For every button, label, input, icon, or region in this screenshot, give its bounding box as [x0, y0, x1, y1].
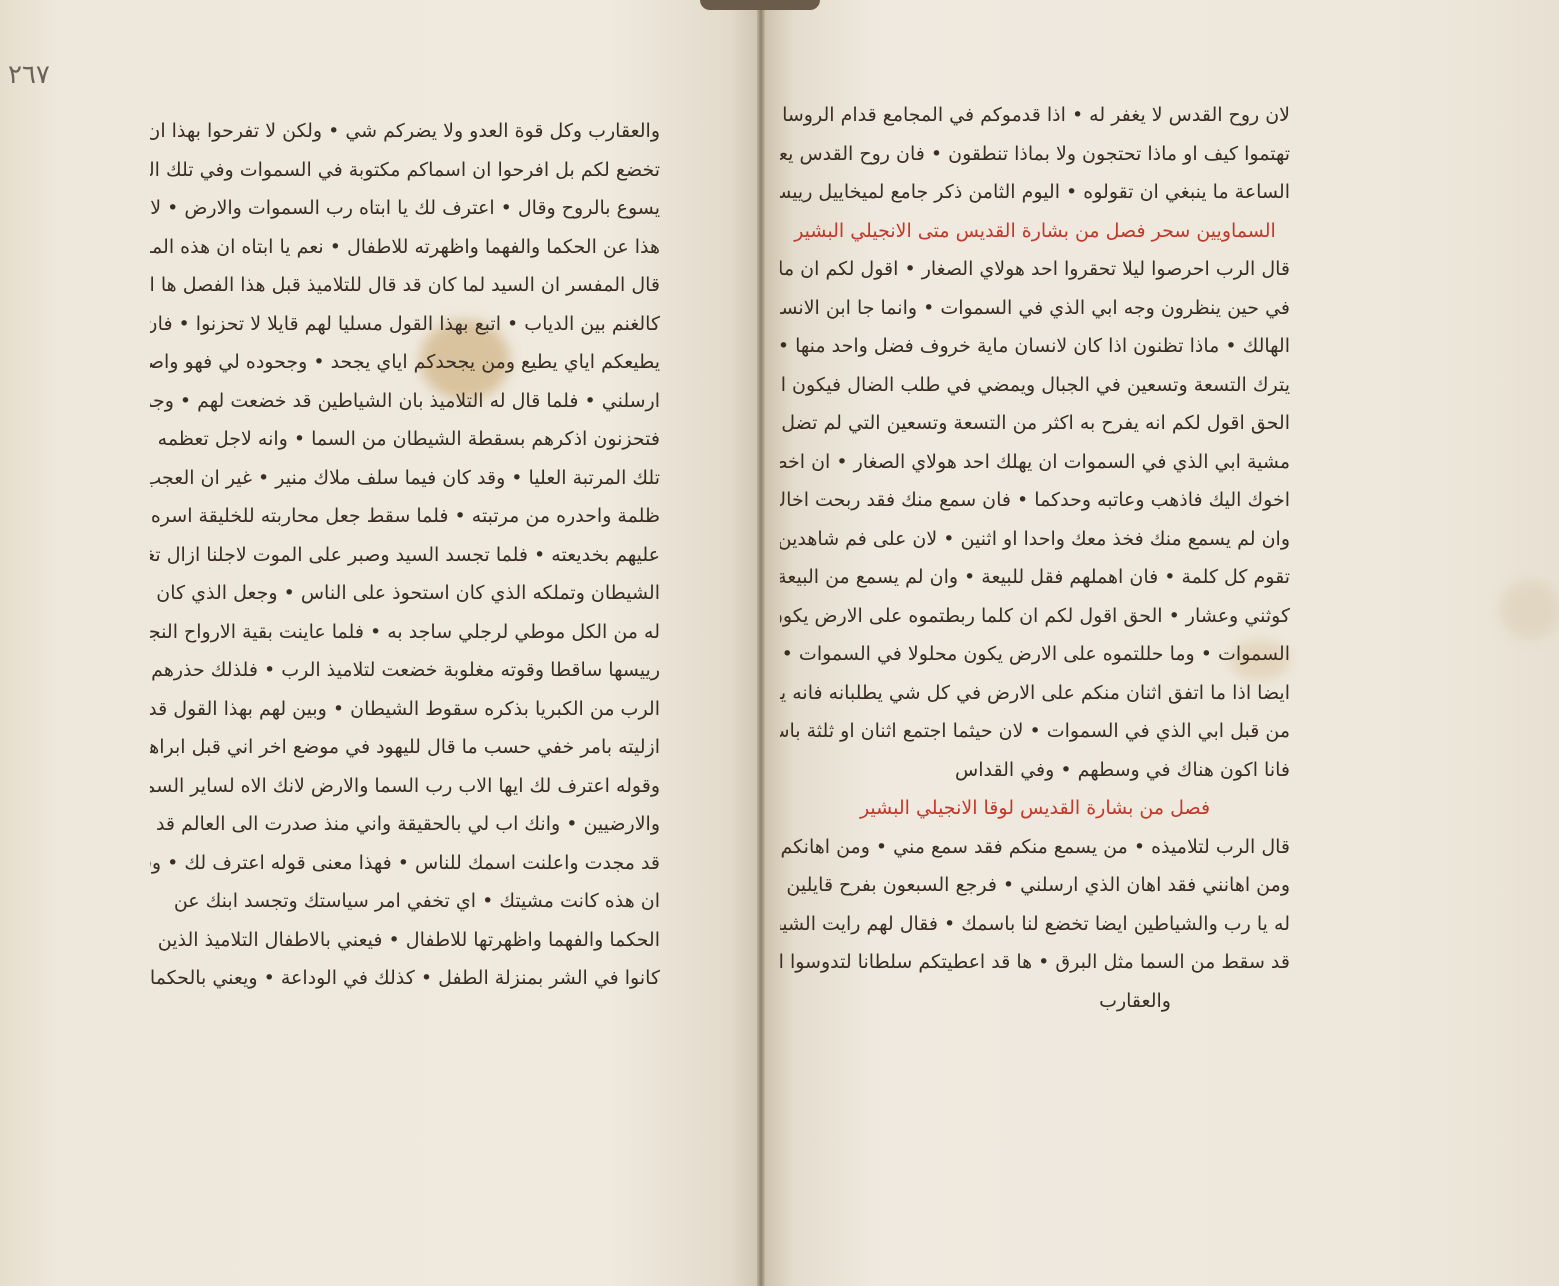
text-line: والارضيين • وانك اب لي بالحقيقة واني منذ…	[150, 805, 660, 844]
text-line: قد سقط من السما مثل البرق • ها قد اعطيتك…	[780, 943, 1290, 982]
catchword: والعقارب	[780, 982, 1290, 1021]
text-line: والعقارب وكل قوة العدو ولا يضركم شي • ول…	[150, 112, 660, 151]
text-line: الرب من الكبريا بذكره سقوط الشيطان • وبي…	[150, 690, 660, 729]
text-line: قال الرب لتلاميذه • من يسمع منكم فقد سمع…	[780, 828, 1290, 867]
text-line: هذا عن الحكما والفهما واظهرته للاطفال • …	[150, 228, 660, 267]
text-line: اخوك اليك فاذهب وعاتبه وحدكما • فان سمع …	[780, 481, 1290, 520]
paper-blemish	[1500, 580, 1559, 640]
text-line: تقوم كل كلمة • فان اهملهم فقل للبيعة • و…	[780, 558, 1290, 597]
text-line: يسوع بالروح وقال • اعترف لك يا ابتاه رب …	[150, 189, 660, 228]
folio-number: ٢٦٧	[8, 60, 50, 90]
text-line: كالغنم بين الدياب • اتبع بهذا القول مسلي…	[150, 305, 660, 344]
text-line: ازليته بامر خفي حسب ما قال لليهود في موض…	[150, 728, 660, 767]
text-line: من قبل ابي الذي في السموات • لان حيثما ا…	[780, 712, 1290, 751]
text-line: ايضا اذا ما اتفق اثنان منكم على الارض في…	[780, 674, 1290, 713]
text-line: الشيطان وتملكه الذي كان استحوذ على الناس…	[150, 574, 660, 613]
rubric-heading-luke: فصل من بشارة القديس لوقا الانجيلي البشير	[780, 789, 1290, 828]
binding-edge	[700, 0, 820, 10]
text-line: له من الكل موطي لرجلي ساجد به • فلما عاي…	[150, 613, 660, 652]
text-line: فتحزنون اذكرهم بسقطة الشيطان من السما • …	[150, 420, 660, 459]
text-line: قال الرب احرصوا ليلا تحقروا احد هولاي ال…	[780, 250, 1290, 289]
text-line: الحكما والفهما واظهرتها للاطفال • فيعني …	[150, 921, 660, 960]
text-line: له يا رب والشياطين ايضا تخضع لنا باسمك •…	[780, 905, 1290, 944]
book-gutter	[757, 0, 765, 1286]
text-line: ان هذه كانت مشيتك • اي تخفي امر سياستك و…	[150, 882, 660, 921]
left-text-column: والعقارب وكل قوة العدو ولا يضركم شي • ول…	[150, 112, 660, 998]
text-line: رييسها ساقطا وقوته مغلوبة خضعت لتلاميذ ا…	[150, 651, 660, 690]
text-line: الساعة ما ينبغي ان تقولوه • اليوم الثامن…	[780, 173, 1290, 212]
text-line: الهالك • ماذا تظنون اذا كان لانسان ماية …	[780, 327, 1290, 366]
text-line: كوثني وعشار • الحق اقول لكم ان كلما ربطت…	[780, 597, 1290, 636]
text-line: فانا اكون هناك في وسطهم • وفي القداس	[780, 751, 1290, 790]
text-line: قد مجدت واعلنت اسمك للناس • فهذا معنى قو…	[150, 844, 660, 883]
text-line: عليهم بخديعته • فلما تجسد السيد وصبر على…	[150, 536, 660, 575]
text-line: يطيعكم اياي يطيع ومن يجحدكم اياي يجحد • …	[150, 343, 660, 382]
text-line: ظلمة واحدره من مرتبته • فلما سقط جعل محا…	[150, 497, 660, 536]
text-line: مشية ابي الذي في السموات ان يهلك احد هول…	[780, 443, 1290, 482]
text-line: الحق اقول لكم انه يفرح به اكثر من التسعة…	[780, 404, 1290, 443]
text-line: وقوله اعترف لك ايها الاب رب السما والارض…	[150, 767, 660, 806]
text-line: ومن اهانني فقد اهان الذي ارسلني • فرجع ا…	[780, 866, 1290, 905]
rubric-heading-matthew: السماويين سحر فصل من بشارة القديس متى ال…	[780, 212, 1290, 251]
text-line: تهتموا كيف او ماذا تحتجون ولا بماذا تنطق…	[780, 135, 1290, 174]
text-line: كانوا في الشر بمنزلة الطفل • كذلك في الو…	[150, 959, 660, 998]
commentary-line: قال المفسر ان السيد لما كان قد قال للتلا…	[150, 266, 660, 305]
text-line: وان لم يسمع منك فخذ معك واحدا او اثنين •…	[780, 520, 1290, 559]
text-line: يترك التسعة وتسعين في الجبال ويمضي في طل…	[780, 366, 1290, 405]
text-line: تخضع لكم بل افرحوا ان اسماكم مكتوبة في ا…	[150, 151, 660, 190]
text-line: السموات • وما حللتموه على الارض يكون محل…	[780, 635, 1290, 674]
text-line: تلك المرتبة العليا • وقد كان فيما سلف مل…	[150, 459, 660, 498]
text-line: لان روح القدس لا يغفر له • اذا قدموكم في…	[780, 96, 1290, 135]
manuscript-spread: ٢٦٧ والعقارب وكل قوة العدو ولا يضركم شي …	[0, 0, 1559, 1286]
right-text-column: لان روح القدس لا يغفر له • اذا قدموكم في…	[780, 96, 1290, 1020]
text-line: ارسلني • فلما قال له التلاميذ بان الشياط…	[150, 382, 660, 421]
text-line: في حين ينظرون وجه ابي الذي في السموات • …	[780, 289, 1290, 328]
